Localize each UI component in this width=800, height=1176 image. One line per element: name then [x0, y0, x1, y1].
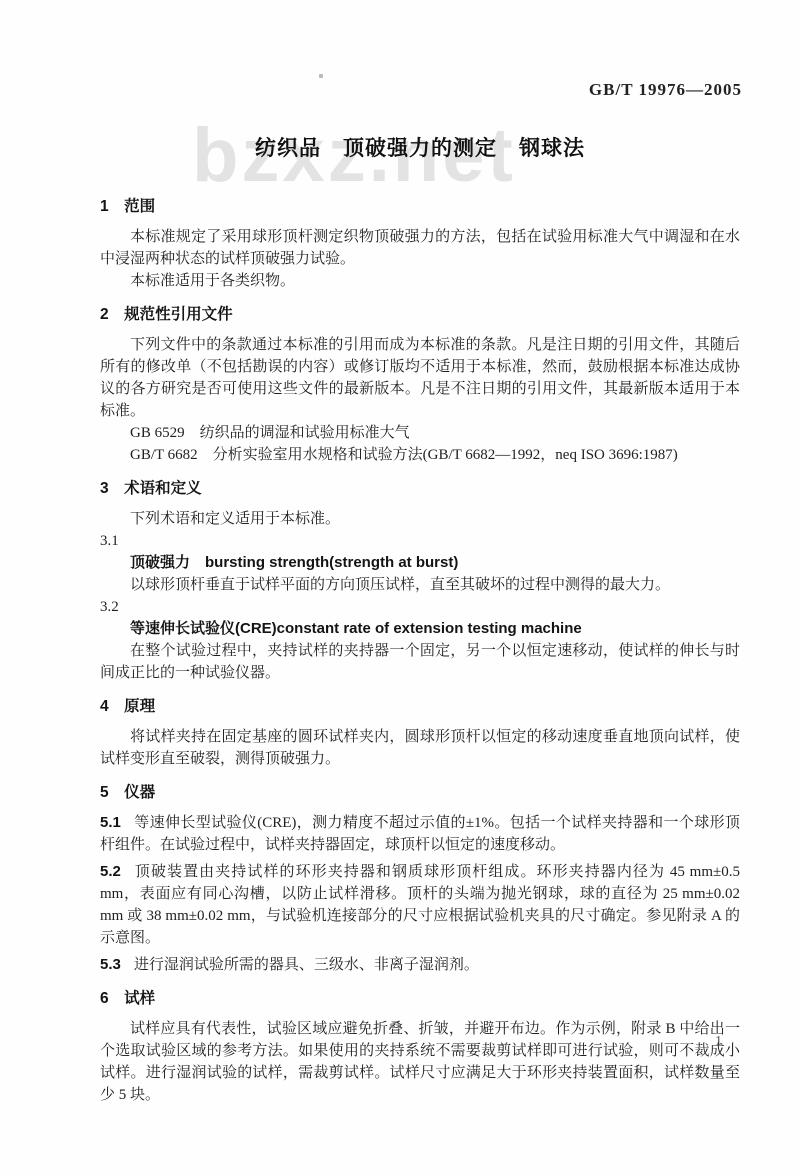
- clause-text-5-1: 等速伸长型试验仪(CRE)，测力精度不超过示值的±1%。包括一个试样夹持器和一个…: [100, 815, 740, 853]
- clause-text-5-2: 顶破装置由夹持试样的环形夹持器和钢质球形顶杆组成。环形夹持器内径为 45 mm±…: [100, 864, 740, 946]
- term-number-3-1: 3.1: [100, 530, 740, 552]
- document-body: 纺织品 顶破强力的测定 钢球法 1 范围 本标准规定了采用球形顶杆测定织物顶破强…: [100, 0, 740, 1106]
- clause-number-5-1: 5.1: [100, 814, 121, 831]
- section-heading-scope: 1 范围: [100, 196, 740, 218]
- normative-references-paragraph: 下列文件中的条款通过本标准的引用而成为本标准的条款。凡是注日期的引用文件，其随后…: [100, 334, 740, 422]
- clause-text-5-3: 进行湿润试验所需的器具、三级水、非离子湿润剂。: [134, 957, 479, 973]
- term-definition-cre-machine: 在整个试验过程中，夹持试样的夹持器一个固定，另一个以恒定速移动，使试样的伸长与时…: [100, 640, 740, 684]
- terms-intro: 下列术语和定义适用于本标准。: [100, 508, 740, 530]
- section-heading-specimens: 6 试样: [100, 988, 740, 1010]
- reference-gb6529: GB 6529 纺织品的调湿和试验用标准大气: [100, 422, 740, 444]
- section-heading-normative-references: 2 规范性引用文件: [100, 304, 740, 326]
- section-heading-apparatus: 5 仪器: [100, 782, 740, 804]
- document-page: GB/T 19976—2005 bzxz.net 纺织品 顶破强力的测定 钢球法…: [0, 0, 800, 1176]
- section-heading-principle: 4 原理: [100, 696, 740, 718]
- document-title: 纺织品 顶破强力的测定 钢球法: [100, 134, 740, 164]
- specimens-paragraph: 试样应具有代表性，试验区域应避免折叠、折皱，并避开布边。作为示例，附录 B 中给…: [100, 1018, 740, 1106]
- scope-paragraph-1: 本标准规定了采用球形顶杆测定织物顶破强力的方法，包括在试验用标准大气中调湿和在水…: [100, 226, 740, 270]
- principle-paragraph: 将试样夹持在固定基座的圆环试样夹内，圆球形顶杆以恒定的移动速度垂直地顶向试样，使…: [100, 726, 740, 770]
- clause-5-2: 5.2顶破装置由夹持试样的环形夹持器和钢质球形顶杆组成。环形夹持器内径为 45 …: [100, 861, 740, 949]
- clause-5-3: 5.3进行湿润试验所需的器具、三级水、非离子湿润剂。: [100, 954, 740, 976]
- reference-gbt6682: GB/T 6682 分析实验室用水规格和试验方法(GB/T 6682—1992，…: [100, 444, 740, 466]
- scope-paragraph-2: 本标准适用于各类织物。: [100, 270, 740, 292]
- section-heading-terms: 3 术语和定义: [100, 478, 740, 500]
- clause-number-5-2: 5.2: [100, 863, 121, 880]
- term-number-3-2: 3.2: [100, 596, 740, 618]
- clause-number-5-3: 5.3: [100, 956, 121, 973]
- clause-5-1: 5.1等速伸长型试验仪(CRE)，测力精度不超过示值的±1%。包括一个试样夹持器…: [100, 812, 740, 856]
- term-definition-bursting-strength: 以球形顶杆垂直于试样平面的方向顶压试样，直至其破坏的过程中测得的最大力。: [100, 574, 740, 596]
- term-name-bursting-strength: 顶破强力 bursting strength(strength at burst…: [100, 552, 740, 574]
- term-name-cre-machine: 等速伸长试验仪(CRE)constant rate of extension t…: [100, 618, 740, 640]
